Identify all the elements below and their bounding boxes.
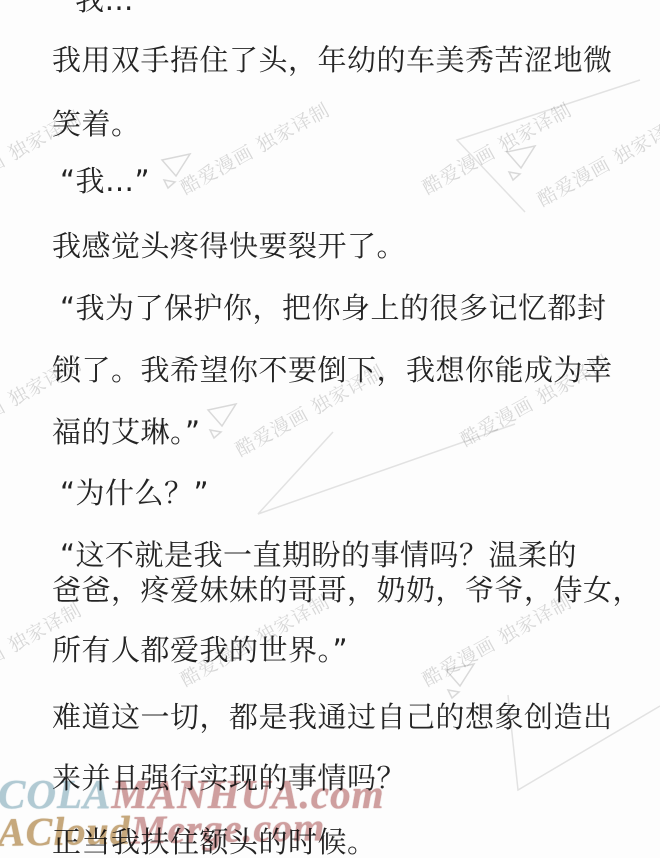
text-line: 我… <box>75 0 134 16</box>
text-line: 所有人都爱我的世界。” <box>52 634 348 666</box>
text-line: “我为了保护你，把你身上的很多记忆都封 <box>60 292 607 324</box>
text-line: 来并且强行实现的事情吗？ <box>52 762 406 794</box>
text-line: 福的艾琳。” <box>52 416 201 448</box>
text-line: 爸爸，疼爱妹妹的哥哥，奶奶，爷爷，侍女， <box>52 574 642 606</box>
text-line: 锁了。我希望你不要倒下，我想你能成为幸 <box>52 354 613 386</box>
text-line: “我…” <box>60 165 150 197</box>
text-line: 我感觉头疼得快要裂开了。 <box>52 230 406 262</box>
narration-text: 我… 我用双手捂住了头，年幼的车美秀苦涩地微 笑着。 “我…” 我感觉头疼得快要… <box>0 0 660 858</box>
manhua-text-page: 酷爱漫画 独家译制 酷爱漫画 独家译制 酷爱漫画 独家译制 酷爱漫画 独家译制 … <box>0 0 660 858</box>
text-line: 我用双手捂住了头，年幼的车美秀苦涩地微 <box>52 44 613 76</box>
text-line: 正当我扶住额头的时候。 <box>52 826 377 858</box>
text-line: “这不就是我一直期盼的事情吗？温柔的 <box>60 539 577 571</box>
text-line: 笑着。 <box>52 108 141 140</box>
text-line: 难道这一切，都是我通过自己的想象创造出 <box>52 701 613 733</box>
text-line: “为什么？” <box>60 477 209 509</box>
